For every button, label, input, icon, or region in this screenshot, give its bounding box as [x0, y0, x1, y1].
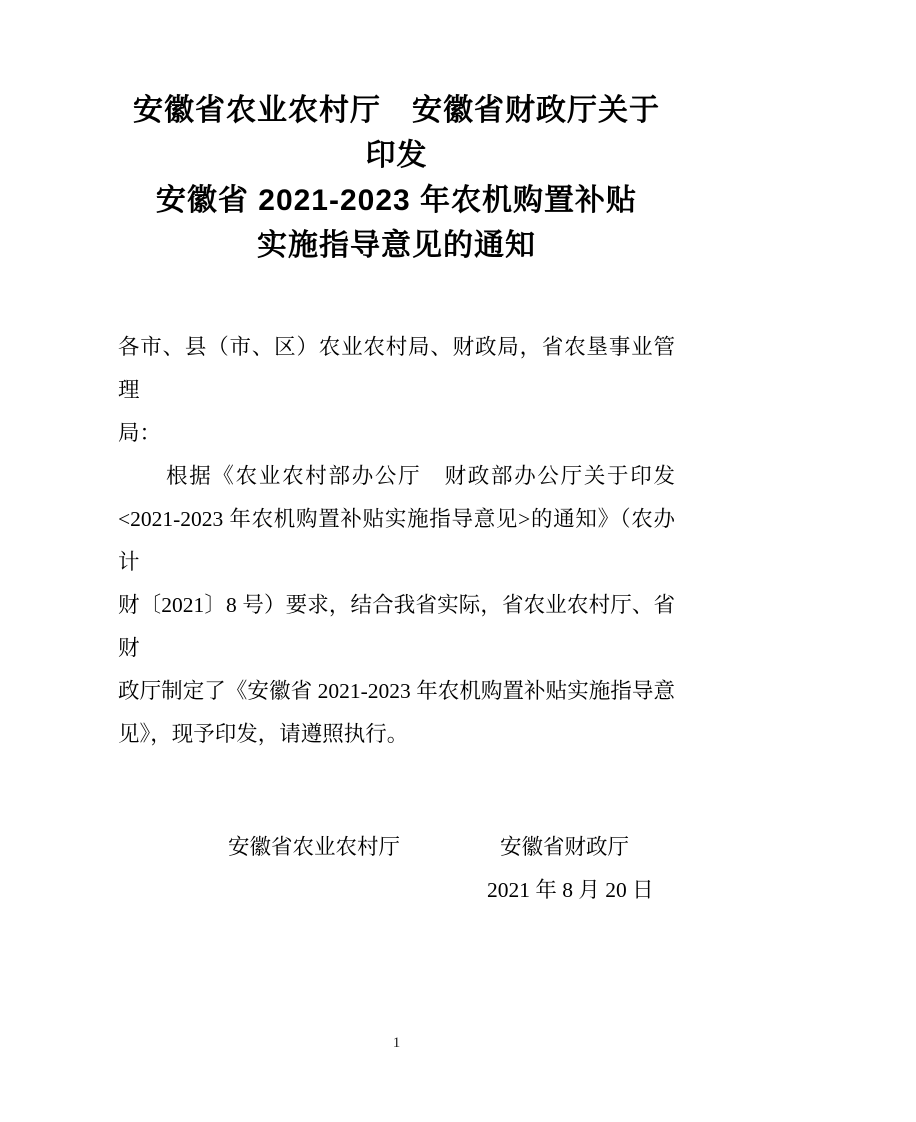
- title-line-1: 安徽省农业农村厅 安徽省财政厅关于印发: [118, 88, 675, 178]
- signature-orgs-row: 安徽省农业农村厅 安徽省财政厅: [118, 826, 675, 869]
- document-content-column: 安徽省农业农村厅 安徽省财政厅关于印发 安徽省 2021-2023 年农机购置补…: [118, 0, 675, 912]
- signature-date-row: 2021 年 8 月 20 日: [118, 869, 675, 912]
- signature-date: 2021 年 8 月 20 日: [487, 869, 654, 912]
- body-line: 财〔2021〕8 号）要求，结合我省实际，省农业农村厅、省财: [118, 584, 675, 670]
- body-line: 根据《农业农村部办公厅 财政部办公厅关于印发: [118, 455, 675, 498]
- body-line: <2021-2023 年农机购置补贴实施指导意见>的通知》（农办计: [118, 498, 675, 584]
- signature-block: 安徽省农业农村厅 安徽省财政厅 2021 年 8 月 20 日: [118, 826, 675, 912]
- title-line-3: 实施指导意见的通知: [118, 223, 675, 268]
- title-line-2: 安徽省 2021-2023 年农机购置补贴: [118, 178, 675, 223]
- document-page: 安徽省农业农村厅 安徽省财政厅关于印发 安徽省 2021-2023 年农机购置补…: [0, 0, 916, 1122]
- document-body: 各市、县（市、区）农业农村局、财政局，省农垦事业管理 局： 根据《农业农村部办公…: [118, 326, 675, 756]
- body-line: 局：: [118, 412, 675, 455]
- page-number: 1: [118, 1032, 675, 1054]
- body-line: 各市、县（市、区）农业农村局、财政局，省农垦事业管理: [118, 326, 675, 412]
- body-line: 见》，现予印发，请遵照执行。: [118, 713, 675, 756]
- signature-org-finance: 安徽省财政厅: [500, 826, 629, 869]
- body-line: 政厅制定了《安徽省 2021-2023 年农机购置补贴实施指导意: [118, 670, 675, 713]
- document-title: 安徽省农业农村厅 安徽省财政厅关于印发 安徽省 2021-2023 年农机购置补…: [118, 0, 675, 268]
- signature-org-agriculture: 安徽省农业农村厅: [228, 826, 400, 869]
